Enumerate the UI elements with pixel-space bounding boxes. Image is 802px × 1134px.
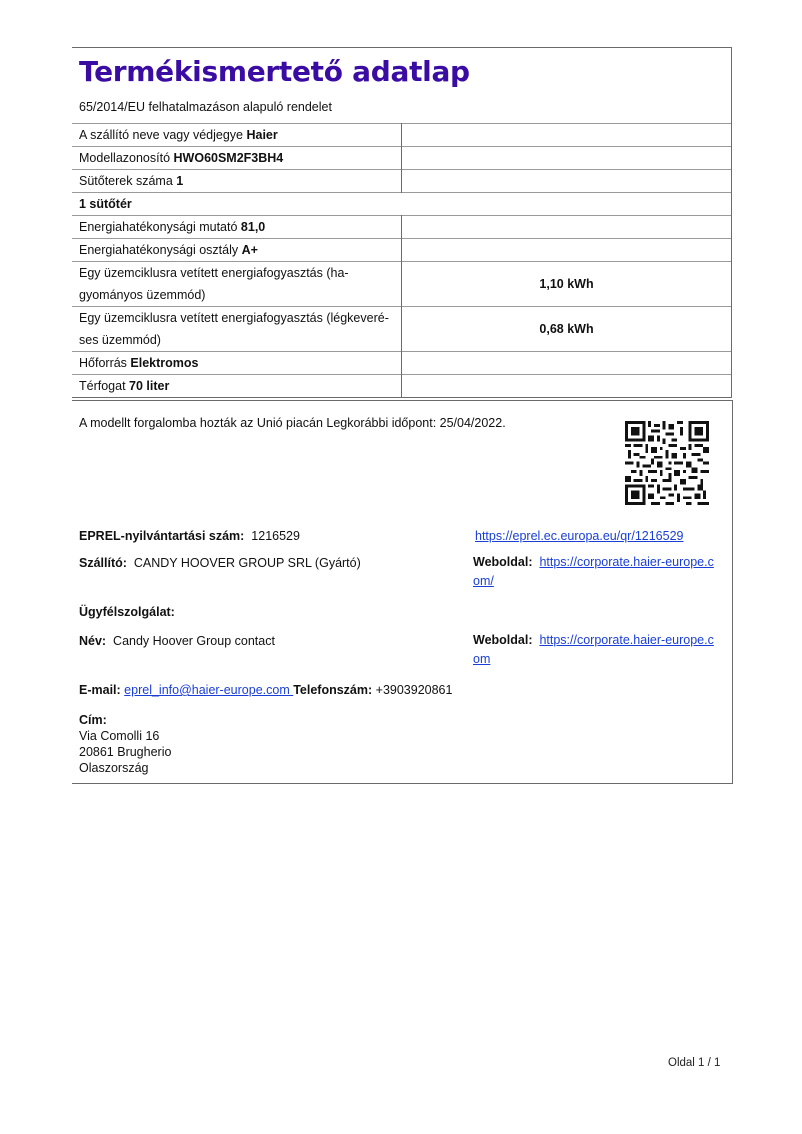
supplier: Szállító: CANDY HOOVER GROUP SRL (Gyártó…	[79, 556, 361, 570]
eprel-qr-link[interactable]: https://eprel.ec.europa.eu/qr/1216529	[475, 529, 683, 543]
eprel-number: 1216529	[251, 529, 300, 543]
table-row: Energiahatékonysági osztály A+	[72, 239, 731, 262]
supplier-website: Weboldal: https://corporate.haier-europe…	[473, 553, 723, 591]
supplier-name: CANDY HOOVER GROUP SRL (Gyártó)	[134, 556, 361, 570]
phone-number: +3903920861	[376, 683, 453, 697]
contact-email-phone: E-mail: eprel_info@haier-europe.com Tele…	[79, 683, 452, 697]
product-data-table: A szállító neve vagy védjegye Haier Mode…	[72, 123, 731, 397]
table-row: Energiahatékonysági mutató 81,0	[72, 216, 731, 239]
table-row: Sütőterek száma 1	[72, 170, 731, 193]
energy-conventional-value: 1,10 kWh	[402, 262, 732, 307]
table-row: Modellazonosító HWO60SM2F3BH4	[72, 147, 731, 170]
supplier-info-box: A modellt forgalomba hozták az Unió piac…	[72, 400, 733, 784]
table-row: Egy üzemciklusra vetített energiafogyasz…	[72, 307, 731, 352]
energy-fan-value: 0,68 kWh	[402, 307, 732, 352]
eprel-registration: EPREL-nyilvántartási szám: 1216529	[79, 529, 300, 543]
market-date-text: A modellt forgalomba hozták az Unió piac…	[79, 416, 506, 430]
page-number: Oldal 1 / 1	[668, 1057, 720, 1069]
contact-name: Név: Candy Hoover Group contact	[79, 634, 275, 648]
customer-service-website: Weboldal: https://corporate.haier-europe…	[473, 631, 723, 669]
table-row: Térfogat 70 liter	[72, 375, 731, 398]
table-row: Egy üzemciklusra vetített energiafogyasz…	[72, 262, 731, 307]
page-title: Termékismertető adatlap	[72, 48, 731, 92]
qr-code-icon[interactable]	[625, 421, 709, 505]
product-sheet: Termékismertető adatlap 65/2014/EU felha…	[72, 47, 732, 398]
table-row: Hőforrás Elektromos	[72, 352, 731, 375]
table-row: A szállító neve vagy védjegye Haier	[72, 124, 731, 147]
email-link[interactable]: eprel_info@haier-europe.com	[124, 683, 293, 697]
section-row: 1 sütőtér	[72, 193, 731, 216]
address: Cím: Via Comolli 16 20861 Brugherio Olas…	[79, 712, 171, 776]
product-info-box: Termékismertető adatlap 65/2014/EU felha…	[72, 47, 732, 398]
regulation-subtitle: 65/2014/EU felhatalmazáson alapuló rende…	[72, 92, 731, 123]
section-heading: 1 sütőtér	[79, 197, 132, 211]
customer-service-heading: Ügyfélszolgálat:	[79, 605, 175, 619]
